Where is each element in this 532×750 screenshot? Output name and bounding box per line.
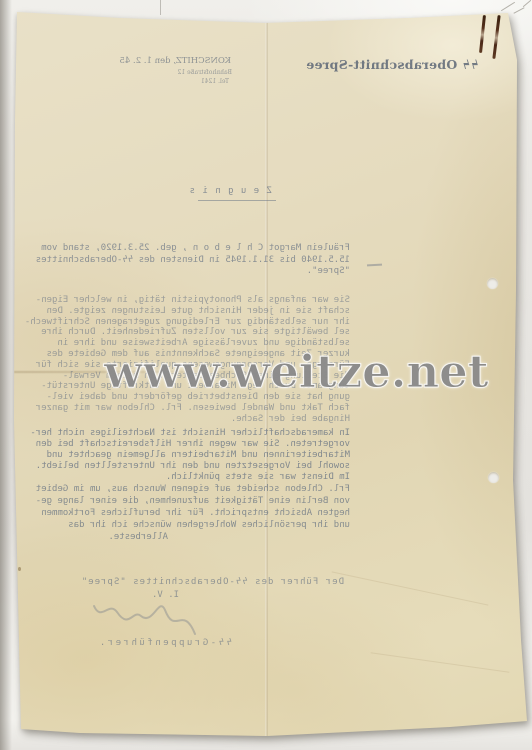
typed-line: Allerbeste. xyxy=(30,531,350,543)
typed-line: Frl. Chlebon scheidet auf eigenen Wunsch… xyxy=(30,483,350,495)
typed-line: Im Dienst war sie stets pünktlich. xyxy=(30,472,350,483)
typed-line: Sie war anfangs als Phonotypistin tätig,… xyxy=(30,295,350,306)
letterhead-place-date: KONSCHITZ, den 1. 2. 45 xyxy=(119,56,231,66)
punch-hole xyxy=(488,472,499,483)
typed-line: Fräulein Margot C h l e b o n , geb. 25.… xyxy=(30,243,350,255)
paragraph-1: Fräulein Margot C h l e b o n , geb. 25.… xyxy=(30,243,350,278)
typed-line: von Berlin eine Tätigkeit aufzunehmen, d… xyxy=(30,495,350,507)
letterhead-phone: Tel. 1241 xyxy=(201,78,229,85)
paragraph-4: Frl. Chlebon scheidet auf eigenen Wunsch… xyxy=(30,483,350,543)
typed-line: hegten Absicht entspricht. Für ihr beruf… xyxy=(30,507,350,519)
typed-line: Mitarbeiterinnen und Mitarbeitern allgem… xyxy=(30,450,350,461)
typed-line: ihr nur selbständig zur Erledigung zuget… xyxy=(30,317,350,328)
weitze-watermark: www.weitze.net xyxy=(104,350,440,394)
typed-line: und ihr persönliches Wohlergehen wünsche… xyxy=(30,519,350,531)
punch-hole xyxy=(487,278,498,289)
typed-line: In kameradschaftlicher Hinsicht ist Nach… xyxy=(30,428,350,439)
letterhead-org: ϟϟ Oberabschnitt-Spree xyxy=(306,57,479,72)
signature-title-line: Der Führer des ϟϟ-Oberabschnittes "Spree… xyxy=(81,577,344,587)
typed-line: vorgetreten. Sie war wegen ihrer Hilfsbe… xyxy=(30,439,350,450)
typed-line: "Spree". xyxy=(30,266,350,278)
typed-line: fach Takt und Wandel bewiesen. Frl. Chle… xyxy=(30,403,350,414)
signature-rank-line: ϟϟ-Gruppenführer. xyxy=(97,638,232,648)
typed-line: sowohl bei Vorgesetzten und den ihr Unte… xyxy=(30,461,350,472)
letterhead-address: Bahnhofstraße 12 xyxy=(178,69,232,76)
typed-line: schaft sie in jeder Hinsicht gute Leistu… xyxy=(30,306,350,317)
paragraph-3: In kameradschaftlicher Hinsicht ist Nach… xyxy=(30,428,350,483)
title-underline xyxy=(198,200,276,201)
typed-line: sel bewältigte sie zur vollsten Zufriede… xyxy=(30,327,350,338)
document-title: Z e u g n i s xyxy=(200,186,272,196)
handwritten-signature xyxy=(91,596,199,640)
document-photo: ϟϟ Oberabschnitt-Spree KONSCHITZ, den 1.… xyxy=(0,0,532,750)
typed-line: Hingabe bei der Sache. xyxy=(30,414,350,425)
typed-line: 15.5.1940 bis 31.1.1945 in Diensten des … xyxy=(30,255,350,267)
